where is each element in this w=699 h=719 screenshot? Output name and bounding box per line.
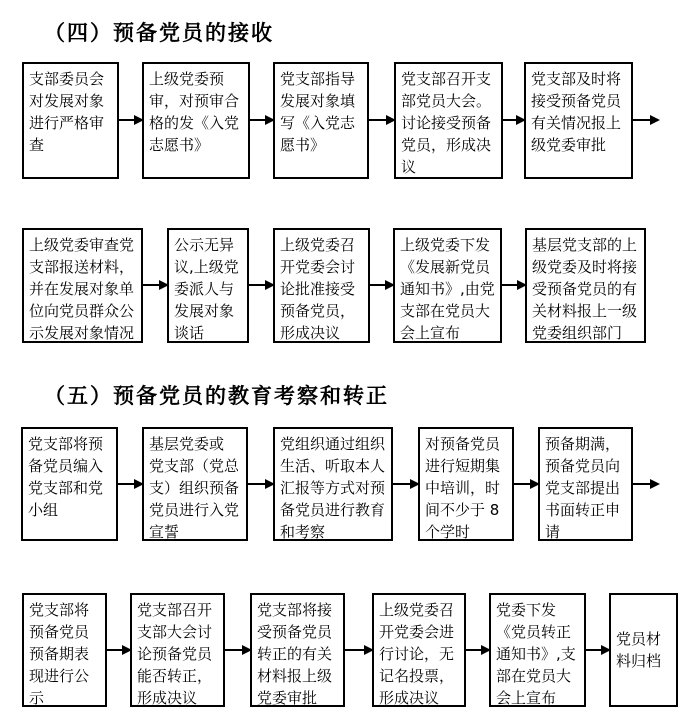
flow-arrow-right-icon <box>369 119 394 121</box>
flow-arrow-right-icon <box>250 119 273 121</box>
flow-arrow-right-icon <box>502 284 525 286</box>
flow-step: 上级党委下发 《发展新党员 通知书》,由党 支部在党员大 会上宣布 <box>393 228 502 343</box>
flow-step: 上级党委预 审，对预审合 格的发《入党 志愿书》 <box>142 62 250 179</box>
section-title-4: （四）预备党员的接收 <box>44 17 274 47</box>
flow-step: 上级党委召 开党委会进 行讨论，无 记名投票， 形成决议 <box>372 593 466 707</box>
flow-step: 党支部指导 发展对象填 写《入党志 愿书》 <box>273 62 369 179</box>
flow-arrow-right-icon <box>586 649 609 651</box>
flow-step: 基层党支部的上 级党委及时将接 受预备党员的有 关材料报上一级 党委组织部门 <box>525 228 646 343</box>
flow-step: 党支部召开 支部大会讨 论预备党员 能否转正， 形成决议 <box>130 593 225 707</box>
flow-step: 公示无异 议,上级党 委派人与 发展对象 谈话 <box>167 228 249 343</box>
flow-step: 预备期满， 预备党员向 党支部提出 书面转正申 请 <box>538 427 633 541</box>
flow-arrow-right-icon <box>466 649 489 651</box>
flow-step: 党支部将 预备党员 预备期表 现进行公 示 <box>22 593 107 707</box>
flow-arrow-right-icon <box>345 649 372 651</box>
flow-arrow-right-icon <box>514 483 538 485</box>
flow-step: 党组织通过组织 生活、听取本人 汇报等方式对预 备党员进行教育 和考察 <box>273 427 393 541</box>
flow-step: 党支部召开支 部党员大会。 讨论接受预备 党员，形成决 议 <box>394 62 503 179</box>
flow-arrow-right-icon <box>248 483 273 485</box>
flow-arrow-right-icon <box>503 119 524 121</box>
flow-arrow-right-icon <box>143 284 167 286</box>
flow-step: 基层党委或 党支部（党总 支）组织预备 党员进行入党 宣誓 <box>142 427 248 541</box>
flow-arrow-right-icon <box>107 649 130 651</box>
flowchart-page: （四）预备党员的接收 支部委员会 对发展对象 进行严格审 查 上级党委预 审，对… <box>0 0 699 719</box>
flow-step: 党支部及时将 接受预备党员 有关情况报上 级党委审批 <box>524 62 633 179</box>
flow-arrow-right-icon <box>118 483 142 485</box>
flow-arrow-right-icon <box>633 483 658 485</box>
flow-step: 党委下发 《党员转正 通知书》,支 部在党员大 会上宣布 <box>489 593 586 707</box>
flow-arrow-right-icon <box>249 284 273 286</box>
section-title-5: （五）预备党员的教育考察和转正 <box>44 380 389 410</box>
flow-step: 党员材 料归档 <box>609 593 678 707</box>
flow-arrow-right-icon <box>633 119 658 121</box>
flow-step: 上级党委召 开党委会讨 论批准接受 预备党员， 形成决议 <box>273 228 370 343</box>
flow-step: 党支部将预 备党员编入 党支部和党 小组 <box>21 427 118 541</box>
flow-step: 上级党委审查党 支部报送材料， 并在发展对象单 位向党员群众公 示发展对象情况 <box>22 228 143 343</box>
flow-arrow-right-icon <box>370 284 393 286</box>
flow-step: 支部委员会 对发展对象 进行严格审 查 <box>22 62 119 179</box>
flow-arrow-right-icon <box>225 649 250 651</box>
flow-step: 对预备党员 进行短期集 中培训，时 间不少于 8 个学时 <box>418 427 514 541</box>
flow-arrow-right-icon <box>119 119 142 121</box>
flow-arrow-right-icon <box>393 483 418 485</box>
flow-step: 党支部将接 受预备党员 转正的有关 材料报上级 党委审批 <box>250 593 345 707</box>
